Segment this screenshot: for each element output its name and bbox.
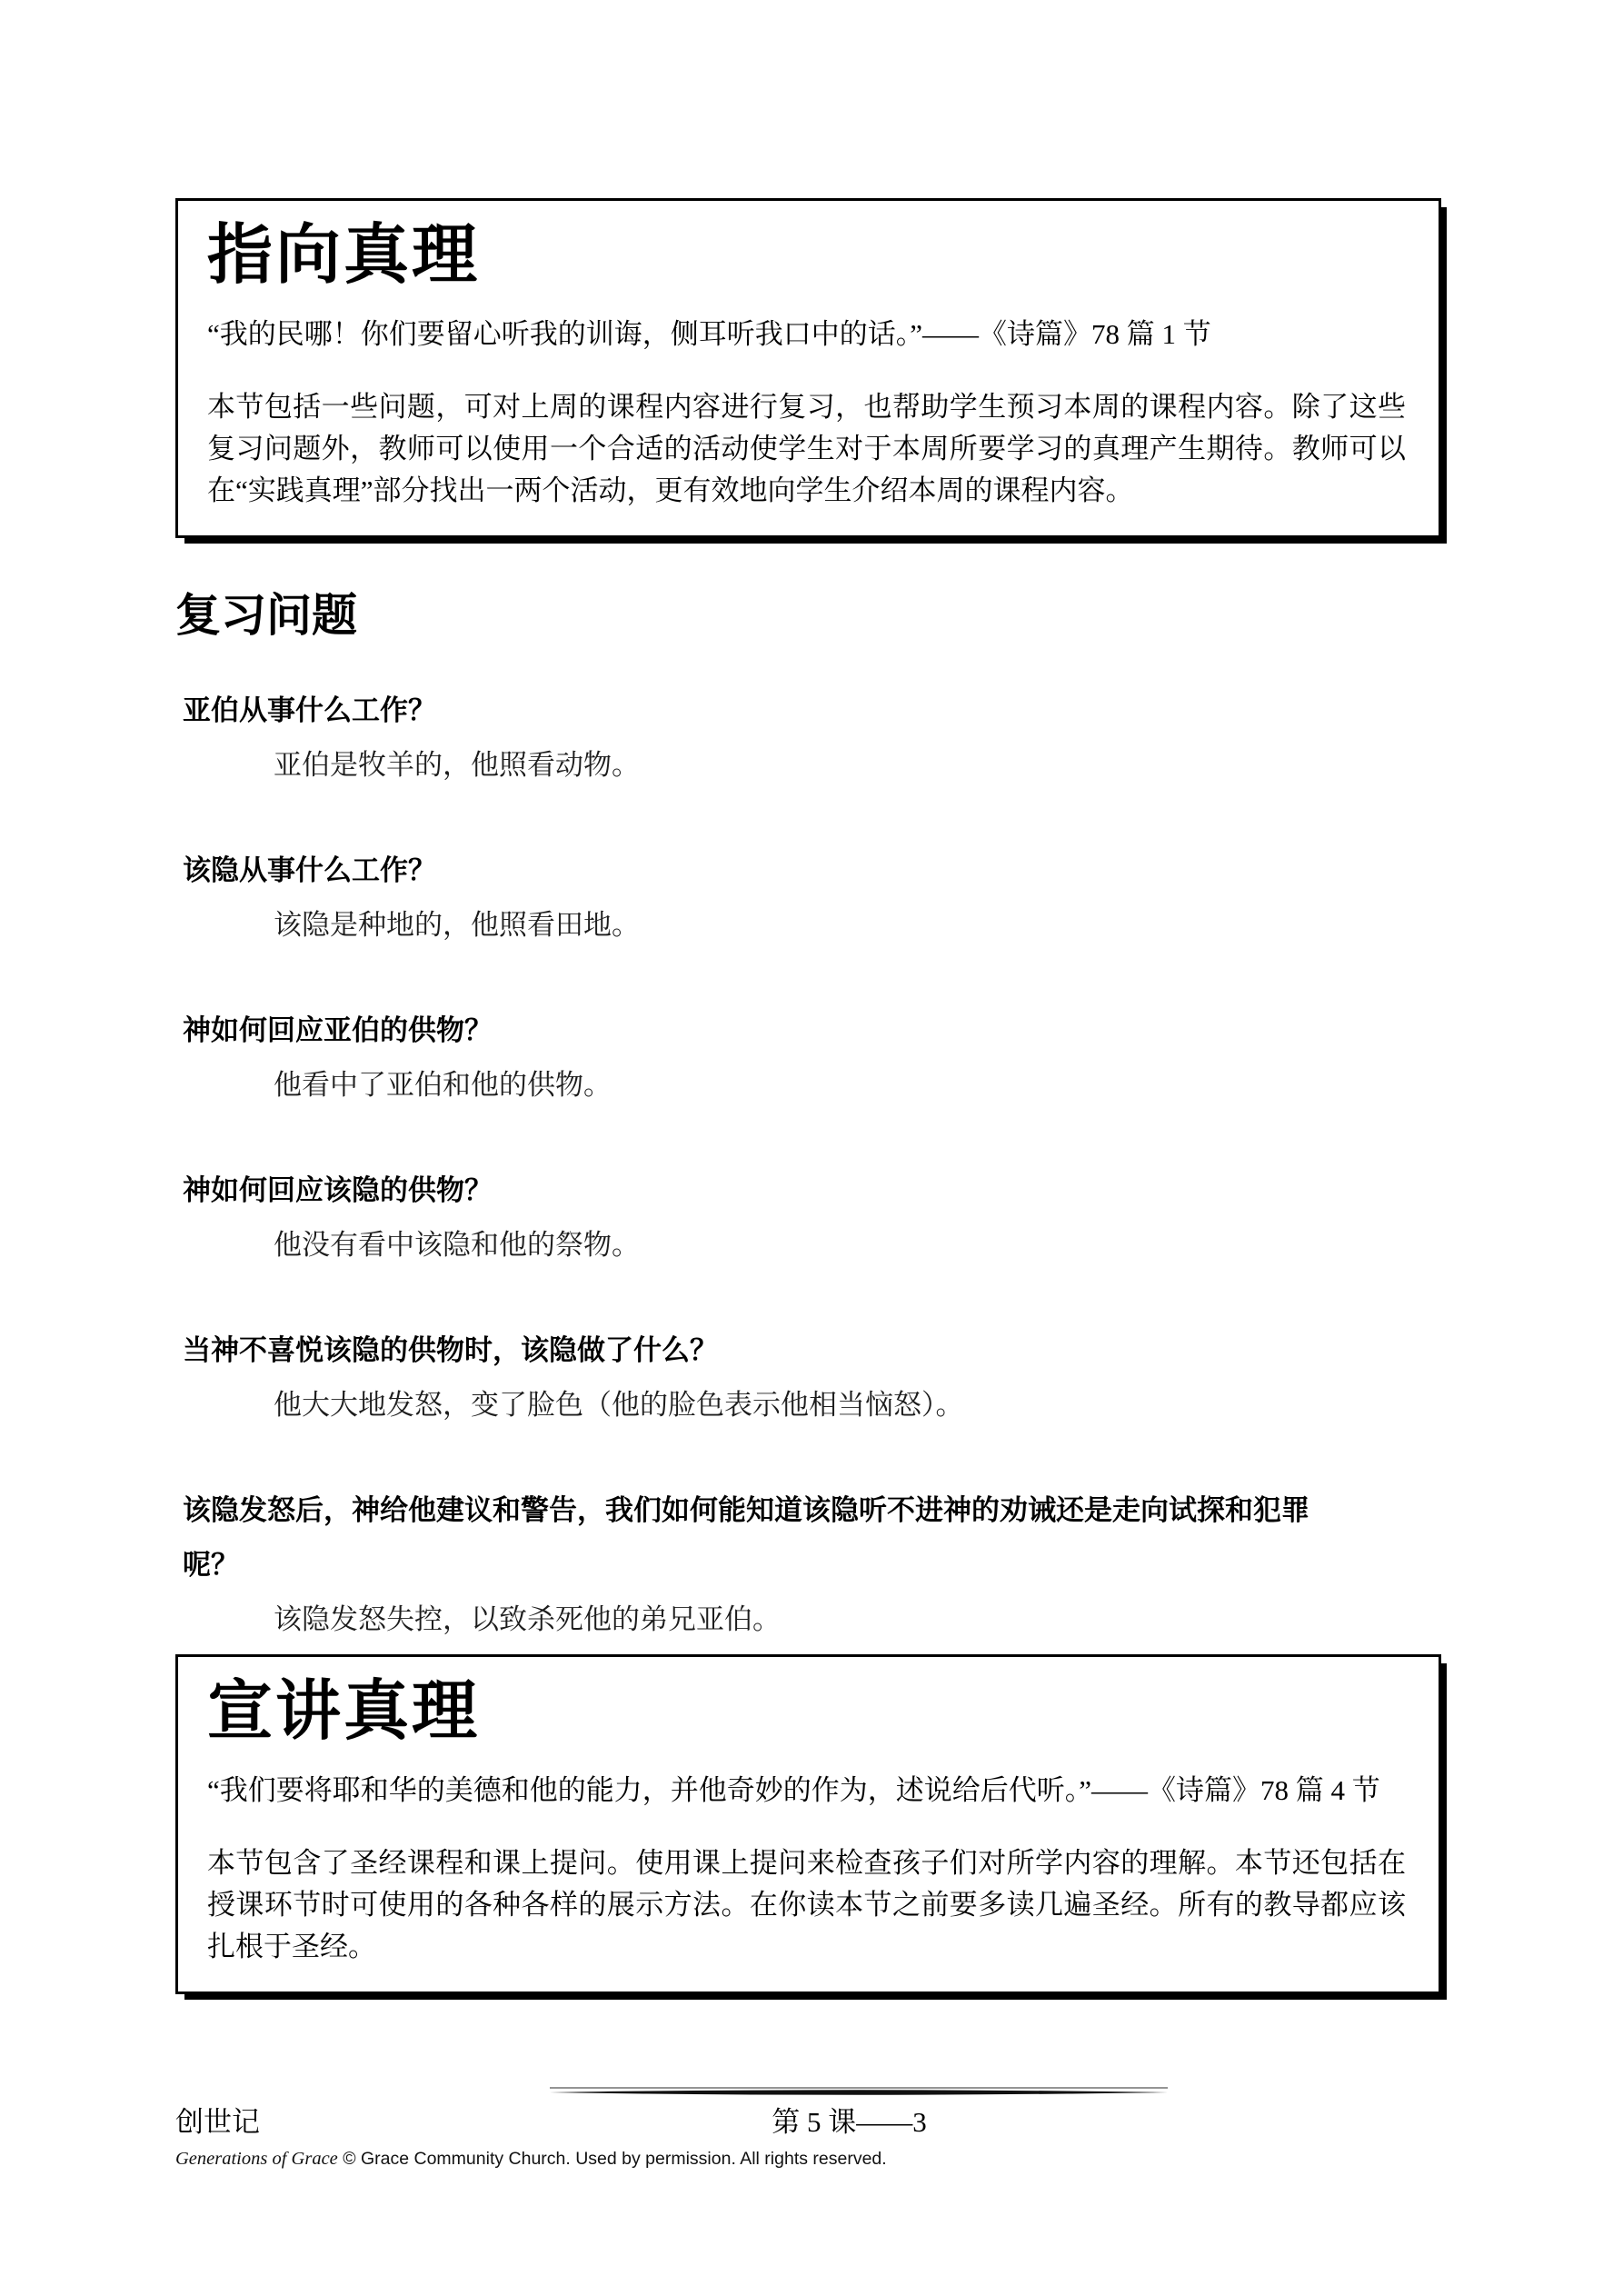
proclaim-truth-box: 宣讲真理 “我们要将耶和华的美德和他的能力，并他奇妙的作为，述说给后代听。”——… <box>175 1654 1441 1994</box>
proclaim-truth-verse: “我们要将耶和华的美德和他的能力，并他奇妙的作为，述说给后代听。”——《诗篇》7… <box>207 1769 1406 1812</box>
qa-item: 当神不喜悦该隐的供物时，该隐做了什么？ 他大大地发怒，变了脸色（他的脸色表示他相… <box>175 1323 1441 1433</box>
footer-book-title: 创世记 <box>175 2103 260 2141</box>
qa-item: 该隐发怒后，神给他建议和警告，我们如何能知道该隐听不进神的劝诫还是走向试探和犯罪… <box>175 1483 1441 1647</box>
question-text: 神如何回应亚伯的供物？ <box>183 1003 1337 1058</box>
qa-item: 亚伯从事什么工作？ 亚伯是牧羊的，他照看动物。 <box>175 684 1441 793</box>
review-questions-list: 亚伯从事什么工作？ 亚伯是牧羊的，他照看动物。 该隐从事什么工作？ 该隐是种地的… <box>175 684 1441 1647</box>
point-truth-title: 指向真理 <box>207 217 1406 293</box>
copyright-text: © Grace Community Church. Used by permis… <box>338 2149 887 2169</box>
question-text: 该隐从事什么工作？ <box>183 844 1337 898</box>
answer-text: 他看中了亚伯和他的供物。 <box>175 1058 1441 1113</box>
footer-row: 创世记 第 5 课——3 <box>175 2103 1441 2141</box>
question-text: 神如何回应该隐的供物？ <box>183 1163 1337 1218</box>
answer-text: 该隐是种地的，他照看田地。 <box>175 898 1441 953</box>
qa-item: 神如何回应该隐的供物？ 他没有看中该隐和他的祭物。 <box>175 1163 1441 1273</box>
footer-page-label: 第 5 课——3 <box>772 2103 927 2141</box>
answer-text: 他大大地发怒，变了脸色（他的脸色表示他相当恼怒）。 <box>175 1378 1441 1433</box>
footer-divider-ornament <box>550 2085 1168 2098</box>
question-text: 该隐发怒后，神给他建议和警告，我们如何能知道该隐听不进神的劝诫还是走向试探和犯罪… <box>183 1483 1337 1592</box>
copyright-line: Generations of Grace © Grace Community C… <box>175 2147 1441 2171</box>
qa-item: 该隐从事什么工作？ 该隐是种地的，他照看田地。 <box>175 844 1441 953</box>
proclaim-truth-description: 本节包含了圣经课程和课上提问。使用课上提问来检查孩子们对所学内容的理解。本节还包… <box>207 1842 1406 1968</box>
point-truth-box: 指向真理 “我的民哪！你们要留心听我的训诲，侧耳听我口中的话。”——《诗篇》78… <box>175 198 1441 538</box>
lesson-page: 指向真理 “我的民哪！你们要留心听我的训诲，侧耳听我口中的话。”——《诗篇》78… <box>0 0 1623 2296</box>
proclaim-truth-title: 宣讲真理 <box>207 1673 1406 1749</box>
review-questions-heading: 复习问题 <box>175 589 1441 642</box>
qa-item: 神如何回应亚伯的供物？ 他看中了亚伯和他的供物。 <box>175 1003 1441 1113</box>
point-truth-description: 本节包括一些问题，可对上周的课程内容进行复习，也帮助学生预习本周的课程内容。除了… <box>207 386 1406 512</box>
page-footer: 创世记 第 5 课——3 Generations of Grace © Grac… <box>175 2085 1441 2171</box>
point-truth-verse: “我的民哪！你们要留心听我的训诲，侧耳听我口中的话。”——《诗篇》78 篇 1 … <box>207 313 1406 355</box>
answer-text: 他没有看中该隐和他的祭物。 <box>175 1218 1441 1273</box>
copyright-series-title: Generations of Grace <box>175 2149 338 2169</box>
answer-text: 该隐发怒失控，以致杀死他的弟兄亚伯。 <box>175 1592 1441 1647</box>
question-text: 当神不喜悦该隐的供物时，该隐做了什么？ <box>183 1323 1337 1378</box>
answer-text: 亚伯是牧羊的，他照看动物。 <box>175 738 1441 793</box>
question-text: 亚伯从事什么工作？ <box>183 684 1337 738</box>
